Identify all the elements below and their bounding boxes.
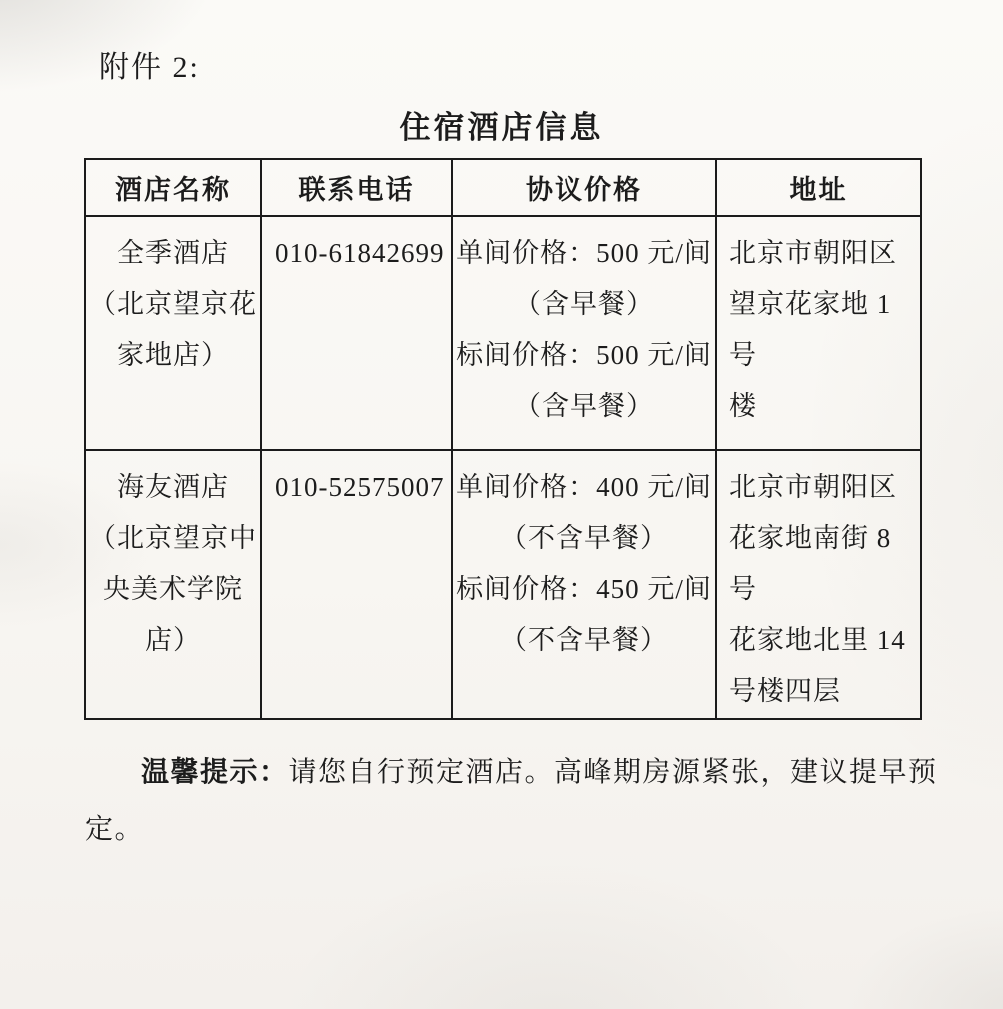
header-agreement-price: 协议价格 — [452, 159, 716, 216]
hotel-name-cell: 海友酒店 （北京望京中 央美术学院 店） — [85, 450, 261, 719]
address-cell: 北京市朝阳区 花家地南街 8 号 花家地北里 14 号楼四层 — [716, 450, 921, 719]
page-title: 住宿酒店信息 — [0, 102, 1003, 147]
header-hotel-name: 酒店名称 — [85, 159, 261, 216]
header-address: 地址 — [716, 159, 921, 216]
address-cell: 北京市朝阳区 望京花家地 1 号 楼 — [716, 216, 921, 450]
hotel-info-table: 酒店名称 联系电话 协议价格 地址 全季酒店 （北京望京花 家地店） 010-6… — [84, 158, 922, 720]
table-row: 全季酒店 （北京望京花 家地店） 010-61842699 单间价格：500 元… — [85, 216, 921, 450]
table-header-row: 酒店名称 联系电话 协议价格 地址 — [85, 159, 921, 216]
phone-cell: 010-52575007 — [261, 450, 452, 719]
reminder-note: 温馨提示：请您自行预定酒店。高峰期房源紧张，建议提早预定。 — [85, 744, 947, 858]
phone-cell: 010-61842699 — [261, 216, 452, 450]
header-contact-phone: 联系电话 — [261, 159, 452, 216]
hotel-name-cell: 全季酒店 （北京望京花 家地店） — [85, 216, 261, 450]
attachment-label: 附件 2: — [99, 42, 200, 86]
price-cell: 单间价格：400 元/间 （不含早餐） 标间价格：450 元/间 （不含早餐） — [452, 450, 716, 719]
scanned-document-page: 附件 2: 住宿酒店信息 酒店名称 联系电话 协议价格 地址 全季酒店 （北京望… — [0, 0, 1003, 1009]
table-row: 海友酒店 （北京望京中 央美术学院 店） 010-52575007 单间价格：4… — [85, 450, 921, 719]
price-cell: 单间价格：500 元/间 （含早餐） 标间价格：500 元/间 （含早餐） — [452, 216, 716, 450]
reminder-note-label: 温馨提示： — [141, 757, 289, 788]
